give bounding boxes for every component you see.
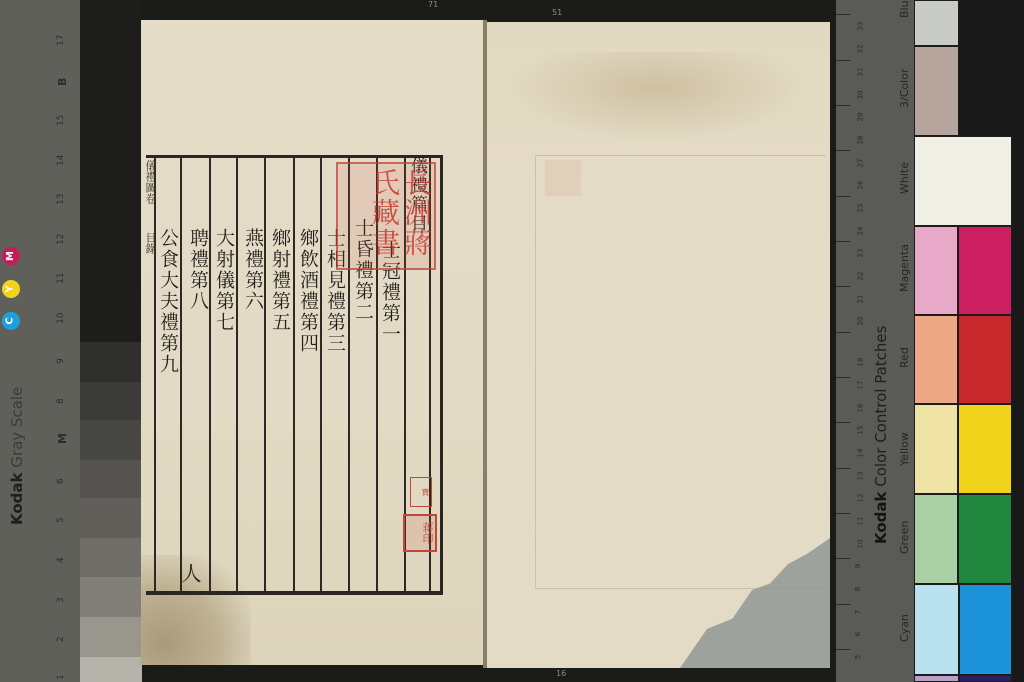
toc-entry-7: 大射儀第七 (214, 228, 233, 333)
cyan-marker-icon: C (2, 312, 20, 330)
patch-white (914, 136, 1012, 226)
column-rule (180, 158, 182, 591)
column-rule (293, 158, 295, 591)
column-rule (264, 158, 266, 591)
gray-patch (80, 342, 142, 382)
gray-tick: 5 (56, 517, 66, 523)
gray-patch (80, 657, 142, 682)
gray-patch (80, 538, 142, 577)
gray-patch (80, 420, 142, 460)
gray-tick: 14 (56, 155, 66, 166)
column-rule (236, 158, 238, 591)
gray-tick: 10 (56, 313, 66, 324)
gray-scale-title: Kodak Gray Scale (8, 387, 26, 525)
patch-label-3color: 3/Color (898, 69, 911, 108)
color-patches (914, 0, 1024, 682)
gray-patch (80, 0, 142, 342)
gray-scale-patches (80, 0, 142, 682)
book-gutter (483, 20, 487, 668)
patch-violet-light (914, 675, 959, 682)
patch-blue-light (914, 0, 959, 46)
gray-tick: 1 (56, 674, 66, 680)
patch-green-light (914, 494, 958, 584)
patch-yellow-dark (958, 404, 1012, 494)
column-rule (209, 158, 211, 591)
patch-label-white: White (898, 162, 911, 194)
gray-tick: 2 (56, 636, 66, 642)
fold-label-top-right: 51 (552, 8, 562, 17)
gray-tick: 6 (56, 478, 66, 484)
gray-patch (80, 617, 142, 657)
gray-patch (80, 577, 142, 617)
column-rule (320, 158, 322, 591)
bleed-through-seal (545, 160, 581, 196)
gray-tick: 15 (56, 115, 66, 126)
running-title: 儀禮圖卷 (145, 160, 156, 204)
patch-cyan-light (914, 584, 959, 675)
patch-green-dark (958, 494, 1012, 584)
patch-red-dark (958, 315, 1012, 404)
gray-patch (80, 382, 142, 420)
gray-tick: B (56, 78, 69, 86)
gray-tick: 4 (56, 557, 66, 563)
gray-tick: 17 (56, 35, 66, 46)
fold-label-top-left: 71 (428, 0, 438, 9)
toc-entry-5: 鄉射禮第五 (270, 228, 289, 333)
gray-tick: 3 (56, 597, 66, 603)
gray-tick: M (56, 433, 69, 444)
gray-tick: 11 (56, 273, 66, 284)
patch-label-magenta: Magenta (898, 244, 911, 292)
bottom-fragment: 人 (180, 563, 200, 585)
gray-tick: 12 (56, 234, 66, 245)
collector-seal-small: 蒋印 (403, 514, 437, 552)
patch-label-yellow: Yellow (898, 432, 911, 466)
gray-tick: 13 (56, 194, 66, 205)
patch-label-green: Green (898, 521, 911, 554)
toc-entry-4: 鄉飲酒禮第四 (298, 228, 317, 354)
collector-seal-small: 寶 (410, 477, 432, 507)
patch-label-red: Red (898, 347, 911, 368)
color-control-title: Kodak Color Control Patches (872, 326, 890, 544)
toc-entry-6: 燕禮第六 (243, 228, 262, 312)
fold-label-bottom-right: 16 (556, 669, 566, 678)
patch-magenta-light (914, 226, 958, 315)
bleed-through-frame (535, 155, 826, 589)
patch-cyan-dark (959, 584, 1012, 675)
patch-label-blue: Blue (898, 0, 911, 18)
toc-entry-8: 聘禮第八 (188, 228, 207, 312)
gray-tick: 8 (56, 398, 66, 404)
patch-violet-dark (959, 675, 1012, 682)
column-rule (154, 158, 156, 591)
patch-red-light (914, 315, 958, 404)
patch-3color (914, 46, 959, 136)
toc-entry-9: 公食大夫禮第九 (158, 228, 177, 375)
gray-patch (80, 498, 142, 538)
patch-magenta-dark (958, 226, 1012, 315)
patch-yellow-light (914, 404, 958, 494)
gray-patch (80, 460, 142, 498)
water-stain (506, 52, 806, 142)
gray-scale-strip: Kodak Gray Scale C Y M 17 B 15 14 13 12 … (0, 0, 80, 682)
section-label: 目錄 (145, 232, 156, 254)
patch-label-cyan: Cyan (898, 614, 911, 642)
collector-seal-large: 長洲蔣氏藏書 (336, 162, 436, 270)
gray-tick: 9 (56, 358, 66, 364)
yellow-marker-icon: Y (2, 280, 20, 298)
magenta-marker-icon: M (2, 247, 20, 265)
